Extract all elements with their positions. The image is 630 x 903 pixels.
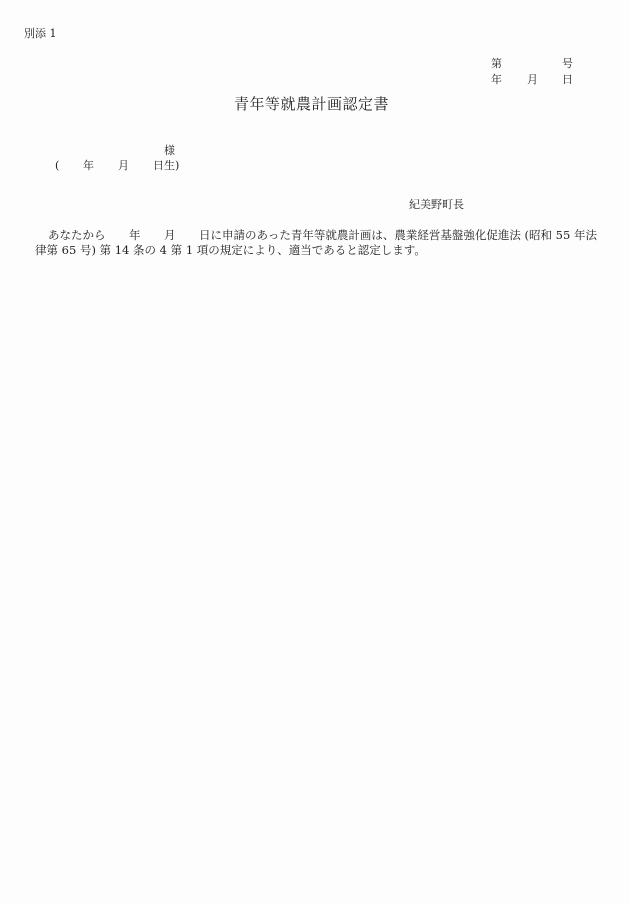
date-day: 日 (562, 73, 573, 86)
body-line1-rest: 日に申請のあった青年等就農計画は、農業経営基盤強化促進法 (昭和 55 年法 (199, 228, 597, 243)
body-line1-year: 年 (129, 228, 141, 243)
date-year: 年 (491, 73, 502, 86)
recipient-honorific: 様 (164, 144, 175, 157)
number-suffix: 号 (562, 57, 573, 70)
body-line1-month: 月 (164, 228, 176, 243)
number-prefix: 第 (491, 57, 502, 70)
body-line2: 律第 65 号) 第 14 条の 4 第 1 項の規定により、適当であると認定し… (35, 243, 426, 258)
document-title: 青年等就農計画認定書 (234, 95, 389, 113)
birth-month: 月 (118, 159, 129, 172)
birth-day: 日生) (153, 159, 179, 172)
birth-open-paren: ( (55, 159, 59, 172)
body-line1-start: あなたから (48, 228, 106, 243)
date-month: 月 (527, 73, 538, 86)
attachment-label: 別添 1 (24, 27, 57, 40)
birth-year: 年 (83, 159, 94, 172)
issuer-name: 紀美野町長 (409, 198, 464, 211)
